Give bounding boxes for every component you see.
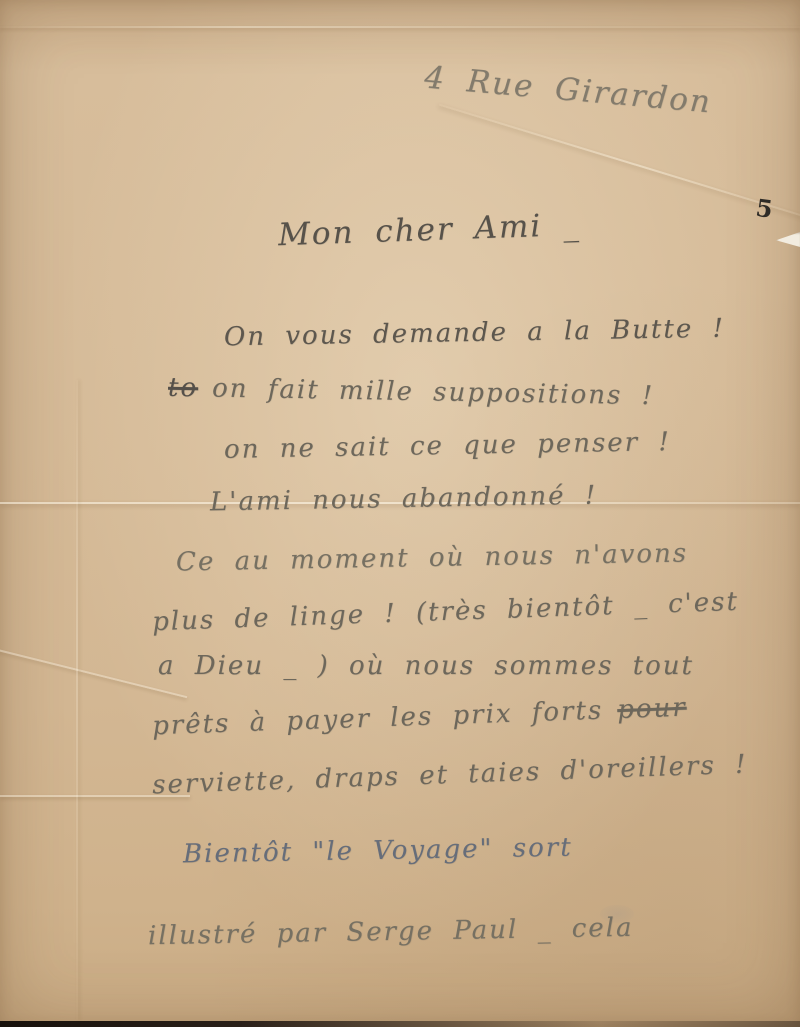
crossed-out-word: pour: [617, 693, 687, 725]
paper-crease: [0, 26, 800, 28]
letter-line: Ce au moment où nous n'avons: [176, 539, 689, 578]
salutation: Mon cher Ami _: [277, 207, 581, 254]
letter-line-text: a Dieu _ ) où nous sommes tout: [158, 651, 694, 681]
letter-line: prêts à payer les prix fortspour: [152, 693, 688, 742]
letter-line-text: L'ami nous abandonné !: [210, 481, 598, 518]
letter-line: L'ami nous abandonné !: [210, 481, 598, 518]
letter-line-text: illustré par Serge Paul _ cela: [148, 913, 634, 951]
torn-edge-notch: [776, 232, 800, 247]
letter-line-text: Bientôt "le Voyage" sort: [183, 833, 573, 870]
letter-line-text: serviette, draps et taies d'oreillers !: [152, 750, 748, 801]
letter-line-text: prêts à payer les prix forts: [152, 696, 604, 742]
letter-line: illustré par Serge Paul _ cela: [148, 913, 634, 951]
paper-crease: [76, 380, 78, 1020]
letter-line-text: On vous demande a la Butte !: [224, 314, 725, 353]
letter-line: Bientôt "le Voyage" sort: [183, 833, 573, 870]
address-line: 4 Rue Girardon: [423, 60, 713, 121]
letter-line: a Dieu _ ) où nous sommes tout: [158, 651, 694, 681]
page-number-mark: 5: [754, 193, 777, 224]
letter-line: on ne sait ce que penser !: [224, 427, 671, 465]
crossed-out-word: to: [168, 373, 199, 404]
letter-line-text: on ne sait ce que penser !: [224, 427, 671, 465]
letter-line-text: Ce au moment où nous n'avons: [176, 539, 689, 578]
letter-line: toon fait mille suppositions !: [168, 373, 655, 411]
letter-paper: 4 Rue Girardon 5 Mon cher Ami _ On vous …: [0, 0, 800, 1027]
letter-line-text: on fait mille suppositions !: [212, 374, 654, 412]
letter-line: plus de linge ! (très bientôt _ c'est: [152, 587, 740, 637]
letter-line: On vous demande a la Butte !: [224, 314, 725, 353]
letter-line-text: plus de linge ! (très bientôt _ c'est: [152, 587, 740, 637]
paper-bottom-edge: [0, 1021, 800, 1027]
letter-line: serviette, draps et taies d'oreillers !: [152, 750, 748, 801]
